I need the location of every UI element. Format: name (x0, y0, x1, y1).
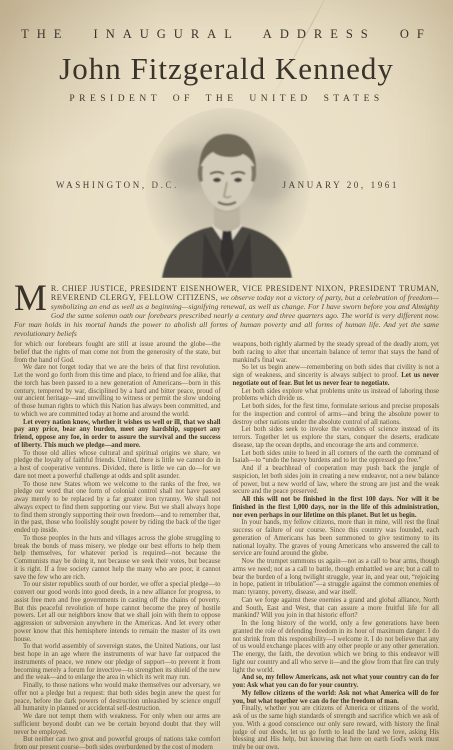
jfk-portrait-image (142, 108, 312, 278)
drop-cap: M (14, 284, 51, 312)
address-body: M R. CHIEF JUSTICE, PRESIDENT EISENHOWER… (0, 280, 453, 750)
text-segment: And if a beachhead of cooperation may pu… (233, 465, 440, 495)
text-segment: To those peoples in the huts and village… (14, 535, 221, 581)
text-segment: All this will not be finished in the fir… (233, 496, 440, 519)
text-segment: We dare not forget today that we are the… (14, 364, 221, 418)
paragraph: In the long history of the world, only a… (233, 620, 440, 674)
paragraph: Now the trumpet summons us again—not as … (233, 558, 440, 597)
paragraph: Let both sides, for the first time, form… (233, 403, 440, 426)
page-title: John Fitzgerald Kennedy (0, 51, 453, 87)
text-segment: Now the trumpet summons us again—not as … (233, 558, 440, 596)
paragraph: So let us begin anew—remembering on both… (233, 364, 440, 387)
portrait-section: WASHINGTON, D.C. (0, 108, 453, 280)
paragraph: And so, my fellow Americans, ask not wha… (233, 674, 440, 690)
paragraph: Let every nation know, whether it wishes… (14, 419, 221, 450)
text-segment: Finally, whether you are citizens of Ame… (233, 705, 440, 750)
paragraph: To those old allies whose cultural and s… (14, 450, 221, 481)
two-column-layout: for which our forebears fought are still… (14, 341, 439, 750)
text-segment: Let both sides, for the first time, form… (233, 403, 440, 426)
text-segment: weapons, both rightly alarmed by the ste… (233, 341, 440, 364)
text-segment: In your hands, my fellow citizens, more … (233, 519, 440, 557)
text-segment: To that world assembly of sovereign stat… (14, 643, 221, 681)
paragraph: We dare not forget today that we are the… (14, 364, 221, 418)
paragraph: My fellow citizens of the world: Ask not… (233, 690, 440, 706)
paragraph: Finally, to those nations who would make… (14, 682, 221, 713)
paragraph: weapons, both rightly alarmed by the ste… (233, 341, 440, 364)
paragraph: To those peoples in the huts and village… (14, 535, 221, 582)
text-segment: for which our forebears fought are still… (14, 341, 221, 364)
text-segment: Finally, to those nations who would make… (14, 682, 221, 712)
paragraph: Can we forge against these enemies a gra… (233, 597, 440, 620)
jfk-portrait-engraving (142, 108, 312, 278)
text-segment: In the long history of the world, only a… (233, 620, 440, 674)
text-segment: Let both sides explore what problems uni… (233, 388, 440, 403)
paragraph: Let both sides explore what problems uni… (233, 388, 440, 404)
text-segment: And so, my fellow Americans, ask not wha… (233, 674, 440, 689)
paragraph: All this will not be finished in the fir… (233, 496, 440, 519)
text-segment: Can we forge against these enemies a gra… (233, 597, 440, 620)
subtitle: PRESIDENT OF THE UNITED STATES (0, 94, 453, 104)
paragraph: To our sister republics south of our bor… (14, 581, 221, 643)
text-segment: Let both sides unite to heed in all corn… (233, 450, 440, 465)
text-segment: But neither can two great and powerful g… (14, 736, 221, 750)
right-column: weapons, both rightly alarmed by the ste… (233, 341, 440, 750)
left-column: for which our forebears fought are still… (14, 341, 221, 750)
series-title: THE INAUGURAL ADDRESS OF (0, 0, 453, 42)
paragraph: In your hands, my fellow citizens, more … (233, 519, 440, 558)
paragraph: But neither can two great and powerful g… (14, 736, 221, 750)
paragraph: Finally, whether you are citizens of Ame… (233, 705, 440, 750)
text-segment: To those old allies whose cultural and s… (14, 450, 221, 480)
paragraph: for which our forebears fought are still… (14, 341, 221, 364)
document-page: THE INAUGURAL ADDRESS OF John Fitzgerald… (0, 0, 453, 750)
paragraph: Let both sides unite to heed in all corn… (233, 450, 440, 466)
paragraph: Let both sides seek to invoke the wonder… (233, 426, 440, 449)
paragraph: To those new States whom we welcome to t… (14, 481, 221, 535)
text-segment: To our sister republics south of our bor… (14, 581, 221, 642)
text-segment: Let every nation know, whether it wishes… (14, 419, 221, 449)
paragraph: To that world assembly of sovereign stat… (14, 643, 221, 682)
text-segment: My fellow citizens of the world: Ask not… (233, 690, 440, 705)
dateline-date: JANUARY 20, 1961 (282, 180, 399, 190)
text-segment: To those new States whom we welcome to t… (14, 481, 221, 535)
paragraph: And if a beachhead of cooperation may pu… (233, 465, 440, 496)
intro-paragraph: M R. CHIEF JUSTICE, PRESIDENT EISENHOWER… (14, 284, 439, 338)
document-header: THE INAUGURAL ADDRESS OF John Fitzgerald… (0, 0, 453, 104)
paragraph: We dare not tempt them with weakness. Fo… (14, 713, 221, 736)
text-segment: We dare not tempt them with weakness. Fo… (14, 713, 221, 736)
text-segment: Let both sides seek to invoke the wonder… (233, 426, 440, 449)
